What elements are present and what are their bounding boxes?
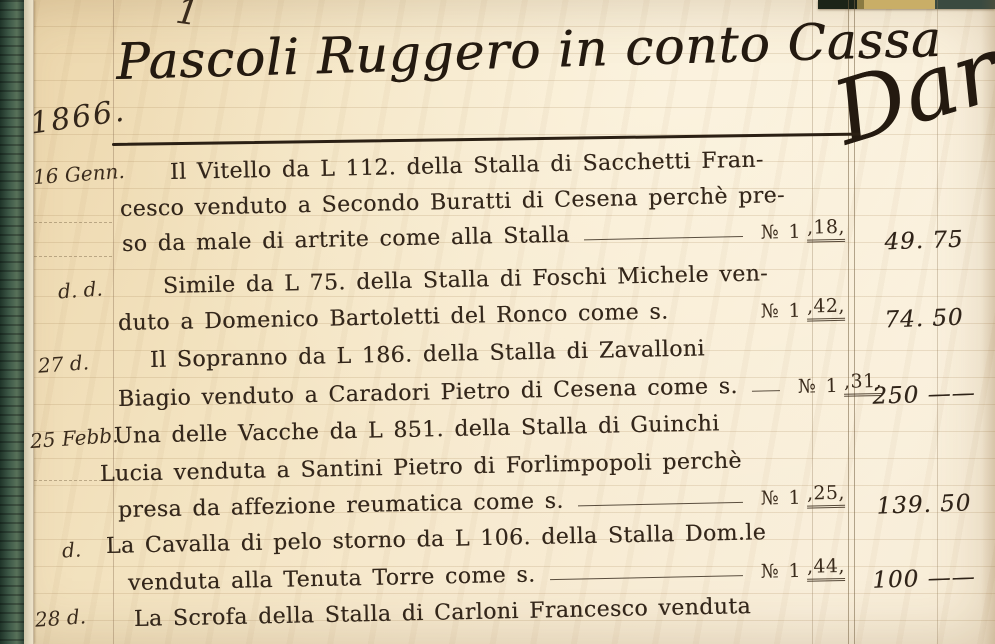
folio-reference: № 1 xyxy=(760,300,801,323)
entry-date: 28 d. xyxy=(34,604,87,631)
ledger-row: La Scrofa della Stalla di Carloni France… xyxy=(134,593,814,632)
ledger-row: Simile da L 75. della Stalla di Foschi M… xyxy=(163,260,845,299)
folio-reference: № 1 xyxy=(761,560,802,583)
amount-value: 49. 75 xyxy=(856,226,993,257)
ledger-row: Il Sopranno da L 186. della Stalla di Za… xyxy=(150,336,710,373)
ledger-row: Biagio venduto a Caradori Pietro di Cese… xyxy=(118,371,845,412)
ledger-row: presa da affezione reumatica come s. № 1… xyxy=(118,482,845,523)
reference-column-rule xyxy=(812,0,813,644)
folio-reference: № 1 xyxy=(798,375,839,398)
entry-text: duto a Domenico Bartoletti del Ronco com… xyxy=(118,299,669,336)
amount-value: 74. 50 xyxy=(856,304,993,335)
entry-text: Il Vitello da L 112. della Stalla di Sac… xyxy=(170,148,764,185)
margin-rule xyxy=(33,0,34,644)
entry-date: 27 d. xyxy=(37,350,90,377)
ledger-row: cesco venduto a Secondo Buratti di Cesen… xyxy=(120,182,820,222)
entry-text: so da male di artrite come alla Stalla xyxy=(122,223,570,257)
entry-text: venduta alla Tenuta Torre come s. xyxy=(128,562,536,596)
ledger-row: Una delle Vacche da L 851. della Stalla … xyxy=(114,409,814,449)
desk-edge-strip xyxy=(818,0,995,9)
ledger-lead-line xyxy=(584,236,743,240)
ledger-row: Il Vitello da L 112. della Stalla di Sac… xyxy=(170,146,860,185)
entry-text: cesco venduto a Secondo Buratti di Cesen… xyxy=(120,183,785,222)
ledger-row: venduta alla Tenuta Torre come s. № 1 ,4… xyxy=(128,555,845,596)
amount-value: 250 —— xyxy=(856,380,993,411)
ledger-row: duto a Domenico Bartoletti del Ronco com… xyxy=(118,295,845,336)
ledger-row: La Cavalla di pelo storno da L 106. dell… xyxy=(106,519,826,559)
title-underline-rule xyxy=(112,133,860,146)
folio-number: ,18, xyxy=(807,216,845,243)
folio-reference: № 1 xyxy=(760,221,801,244)
entry-date: d. d. xyxy=(57,276,103,303)
book-binding xyxy=(0,0,24,644)
entry-date: d. xyxy=(61,537,82,562)
page-number: 1 xyxy=(173,0,201,34)
entry-date: 25 Febb. xyxy=(29,423,119,453)
folio-reference: № 1 xyxy=(760,487,801,510)
page-title: Pascoli Ruggero in conto Cassa xyxy=(115,10,942,91)
ledger-row: Lucia venduta a Santini Pietro di Forlim… xyxy=(100,447,800,487)
spacer xyxy=(669,323,753,325)
entry-text: Lucia venduta a Santini Pietro di Forlim… xyxy=(100,449,742,487)
entry-date: 16 Genn. xyxy=(32,159,125,189)
margin-dash xyxy=(34,222,112,223)
entry-text: La Scrofa della Stalla di Carloni France… xyxy=(134,594,752,632)
entry-text: Una delle Vacche da L 851. della Stalla … xyxy=(114,411,720,449)
entry-text: Simile da L 75. della Stalla di Foschi M… xyxy=(163,261,769,299)
ledger-row: so da male di artrite come alla Stalla №… xyxy=(122,216,845,257)
margin-dash xyxy=(34,256,112,257)
folio-number: ,44, xyxy=(807,555,845,582)
ledger-lead-line xyxy=(550,575,743,580)
ledger-lead-line xyxy=(578,502,743,506)
entry-text: Il Sopranno da L 186. della Stalla di Za… xyxy=(150,336,705,373)
entry-text: presa da affezione reumatica come s. xyxy=(118,489,564,523)
entry-text: Biagio venduto a Caradori Pietro di Cese… xyxy=(118,374,738,412)
folio-number: ,25, xyxy=(807,482,845,509)
ledger-lead-line xyxy=(752,390,780,392)
amount-value: 139. 50 xyxy=(856,490,993,521)
entry-text: La Cavalla di pelo storno da L 106. dell… xyxy=(106,520,767,559)
amount-value: 100 —— xyxy=(856,564,993,595)
ledger-page-scan: 1 Pascoli Ruggero in conto Cassa Dare 18… xyxy=(0,0,995,644)
folio-number: ,42, xyxy=(807,295,845,322)
